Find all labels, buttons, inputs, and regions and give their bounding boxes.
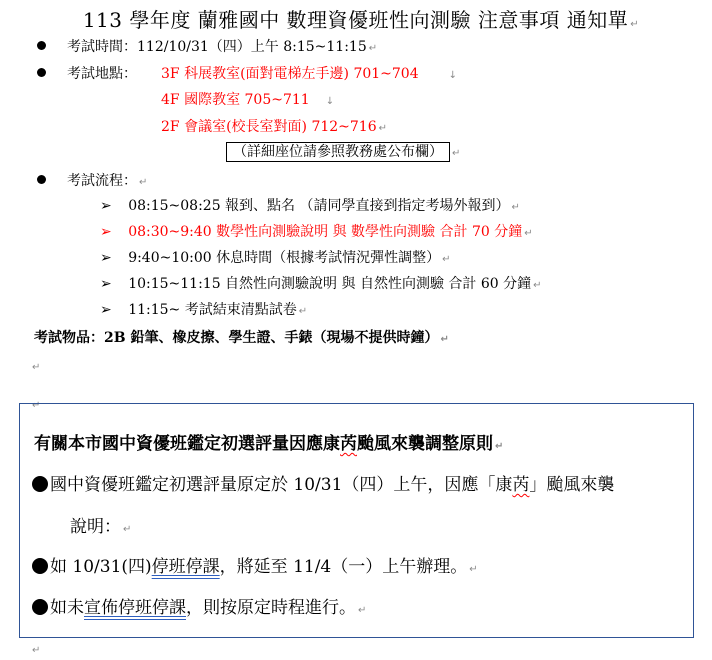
location-room-1: 3F 科展教室(面對電梯左手邊) 701~704↓ [161, 63, 457, 83]
spellcheck-flag: 芮 [512, 475, 529, 495]
exam-time-value: 112/10/31（四）上午 8:15~11:15 [137, 39, 367, 55]
spellcheck-flag: 芮 [340, 434, 357, 454]
notice-item-3: 如未宣佈停班停課，則按原定時程進行。↵ [32, 593, 366, 618]
bullet-icon [37, 41, 46, 50]
notice-heading: 有關本市國中資優班鑑定初選評量因應康芮颱風來襲調整原則↵ [34, 429, 503, 454]
notice-item-1: 國中資優班鑑定初選評量原定於 10/31（四）上午，因應「康芮」颱風來襲 [32, 470, 614, 495]
notice-item-2: 如 10/31(四)停班停課，將延至 11/4（一）上午辦理。↵ [32, 552, 478, 577]
arrow-bullet-icon: ➢ [100, 198, 112, 214]
bullet-icon [32, 599, 48, 615]
typhoon-notice-box: 有關本市國中資優班鑑定初選評量因應康芮颱風來襲調整原則↵ 國中資優班鑑定初選評量… [19, 403, 694, 638]
arrow-bullet-icon: ➢ [100, 276, 112, 292]
bullet-icon [37, 175, 46, 184]
bullet-icon [37, 68, 46, 77]
seat-note-box: （詳細座位請參照教務處公布欄） [226, 142, 450, 162]
seat-note: （詳細座位請參照教務處公布欄）↵ [226, 141, 460, 162]
arrow-bullet-icon: ➢ [100, 302, 112, 318]
exam-process-label: 考試流程：↵ [67, 170, 147, 190]
process-step: ➢ 10:15~11:15 自然性向測驗說明 與 自然性向測驗 合計 60 分鐘… [100, 273, 542, 293]
empty-paragraph: ↵ [30, 638, 40, 657]
process-step: ➢ 08:15~08:25 報到、點名 （請同學直接到指定考場外報到）↵ [100, 195, 520, 215]
location-room-3: 2F 會議室(校長室對面) 712~716↵ [161, 116, 387, 136]
bullet-icon [32, 476, 48, 492]
paragraph-mark: ↵ [630, 19, 639, 30]
bullet-icon [32, 558, 48, 574]
process-step: ➢ 9:40~10:00 休息時間（根據考試情況彈性調整）↵ [100, 247, 451, 267]
arrow-bullet-icon: ➢ [100, 250, 112, 266]
document-page: 113 學年度 蘭雅國中 數理資優班性向測驗 注意事項 通知單↵ 考試時間：11… [0, 0, 712, 660]
process-step-highlighted: ➢ 08:30~9:40 數學性向測驗說明 與 數學性向測驗 合計 70 分鐘↵ [100, 221, 533, 241]
location-room-2: 4F 國際教室 705~711↓ [161, 89, 334, 109]
exam-location-label: 考試地點： [67, 63, 137, 83]
arrow-bullet-icon: ➢ [100, 224, 112, 240]
process-step: ➢ 11:15~ 考試結束清點試卷↵ [100, 299, 307, 319]
document-title: 113 學年度 蘭雅國中 數理資優班性向測驗 注意事項 通知單↵ [0, 4, 712, 33]
exam-time-line: 考試時間：112/10/31（四）上午 8:15~11:15↵ [67, 36, 377, 56]
grammar-flag: 停班停課 [152, 557, 220, 577]
exam-items: 考試物品：2B 鉛筆、橡皮擦、學生證、手錶（現場不提供時鐘）↵ [34, 327, 449, 347]
empty-paragraph: ↵ [30, 355, 40, 374]
exam-time-label: 考試時間： [67, 39, 137, 55]
grammar-flag: 宣佈停班停課 [84, 598, 186, 618]
notice-item-1-continuation: 說明：↵ [70, 512, 131, 537]
